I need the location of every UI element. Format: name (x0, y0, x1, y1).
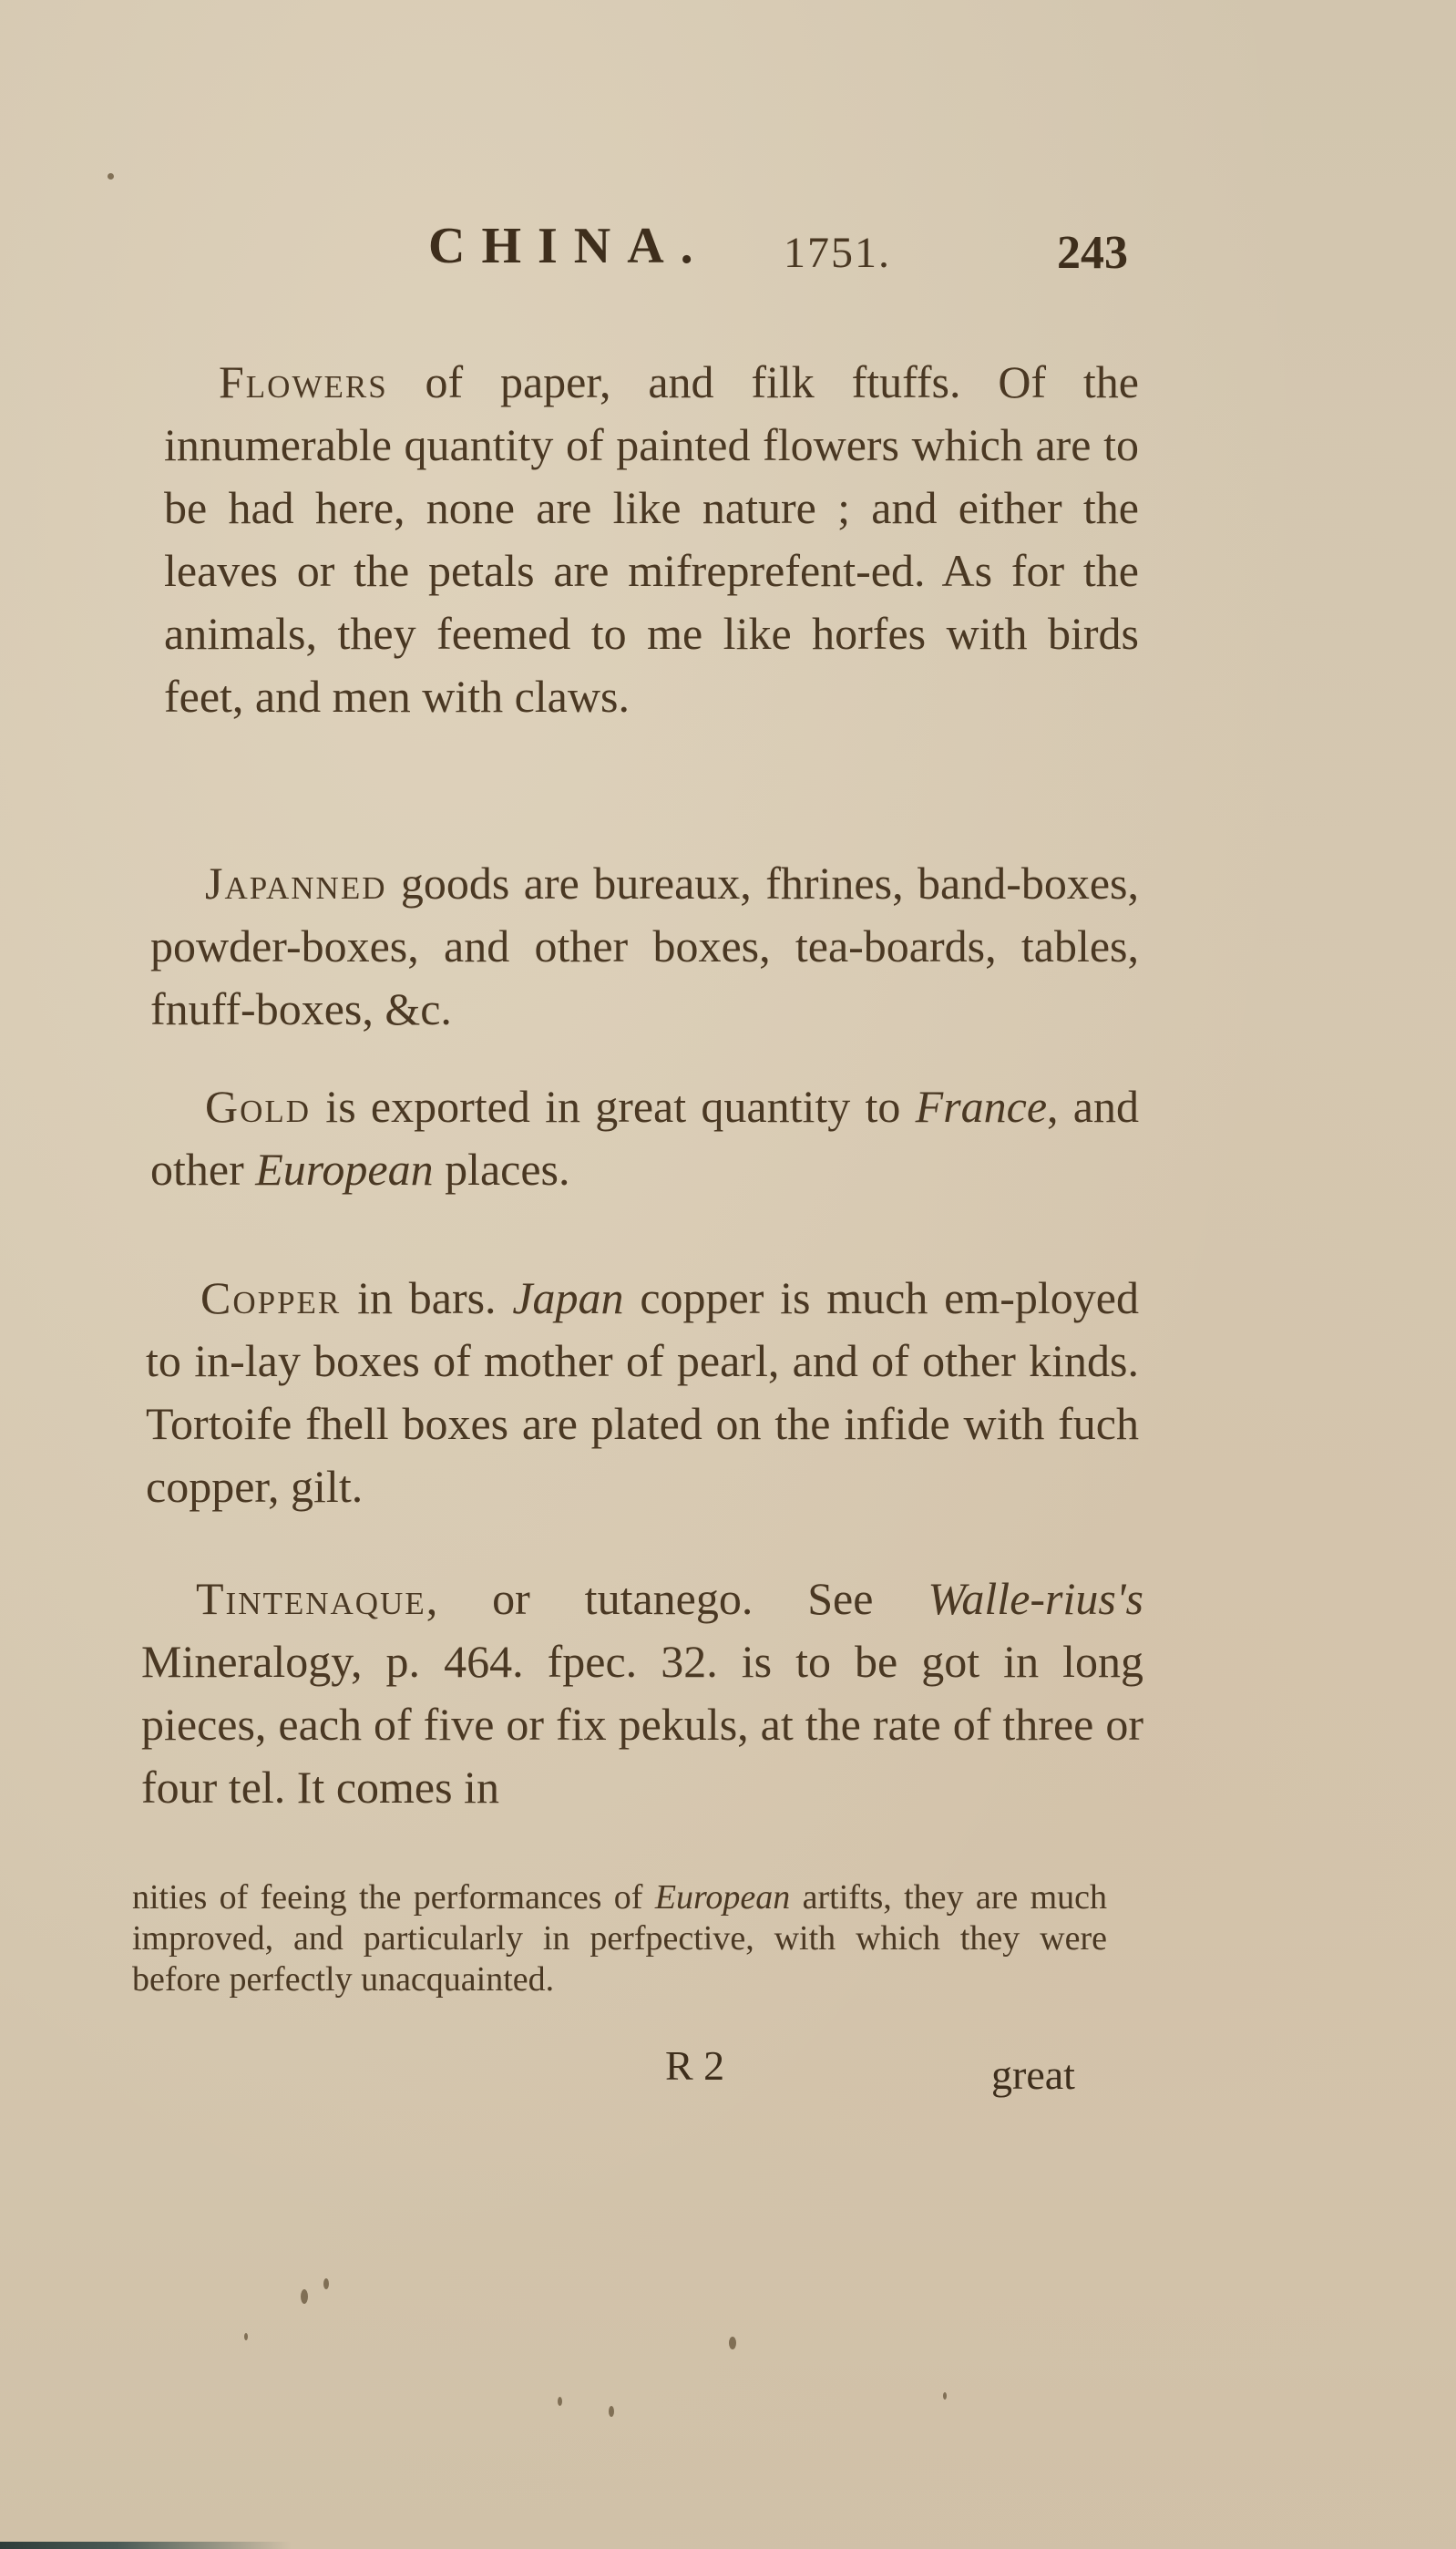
running-head: CHINA. 1751. 243 (428, 208, 1139, 290)
paper-speck (323, 2278, 329, 2289)
paragraph-lead-word: Copper (200, 1272, 341, 1323)
italic-adjective: European (255, 1144, 433, 1195)
signature-mark: R 2 (665, 2041, 724, 2090)
paper-speck (943, 2392, 947, 2400)
paragraph-body: places. (434, 1144, 570, 1195)
italic-place-name: Japan (512, 1272, 623, 1323)
paper-speck (558, 2397, 562, 2406)
running-head-year: 1751. (784, 228, 891, 278)
page-bottom-edge (0, 2542, 1456, 2549)
paragraph-lead-word: Tintenaque (196, 1573, 426, 1624)
paragraph-body: of paper, and filk ftuffs. Of the innume… (164, 356, 1139, 722)
paragraph-gold: Gold is exported in great quantity to Fr… (150, 1075, 1139, 1201)
paper-speck (609, 2406, 614, 2417)
paragraph-tintenaque: Tintenaque, or tutanego. See Walle-rius'… (141, 1567, 1143, 1819)
paragraph-lead-word: Japanned (205, 858, 386, 909)
paragraph-flowers: Flowers of paper, and filk ftuffs. Of th… (164, 351, 1139, 728)
paper-speck (729, 2337, 736, 2349)
italic-author-name: Walle-rius's (928, 1573, 1143, 1624)
book-page: CHINA. 1751. 243 Flowers of paper, and f… (0, 0, 1456, 2549)
paragraph-japanned: Japanned goods are bureaux, fhrines, ban… (150, 852, 1139, 1041)
footnote: nities of feeing the performances of Eur… (132, 1877, 1107, 2000)
catchword: great (991, 2051, 1075, 2099)
paper-speck (301, 2289, 308, 2304)
footnote-text: nities of feeing the performances of (132, 1878, 655, 1917)
paragraph-body: Mineralogy, p. 464. fpec. 32. is to be g… (141, 1636, 1143, 1813)
paragraph-copper: Copper in bars. Japan copper is much em-… (146, 1267, 1139, 1518)
paragraph-lead-word: Gold (205, 1081, 311, 1132)
footnote-italic: European (655, 1878, 790, 1917)
italic-place-name: France (916, 1081, 1047, 1132)
paragraph-body: in bars. (341, 1272, 512, 1323)
paragraph-body: is exported in great quantity to (311, 1081, 916, 1132)
paper-speck (108, 173, 114, 180)
paper-speck (244, 2333, 248, 2340)
paragraph-body: , or tutanego. See (426, 1573, 928, 1624)
page-number: 243 (1057, 226, 1128, 280)
running-head-title: CHINA. (428, 217, 710, 275)
paragraph-lead-word: Flowers (219, 356, 388, 407)
